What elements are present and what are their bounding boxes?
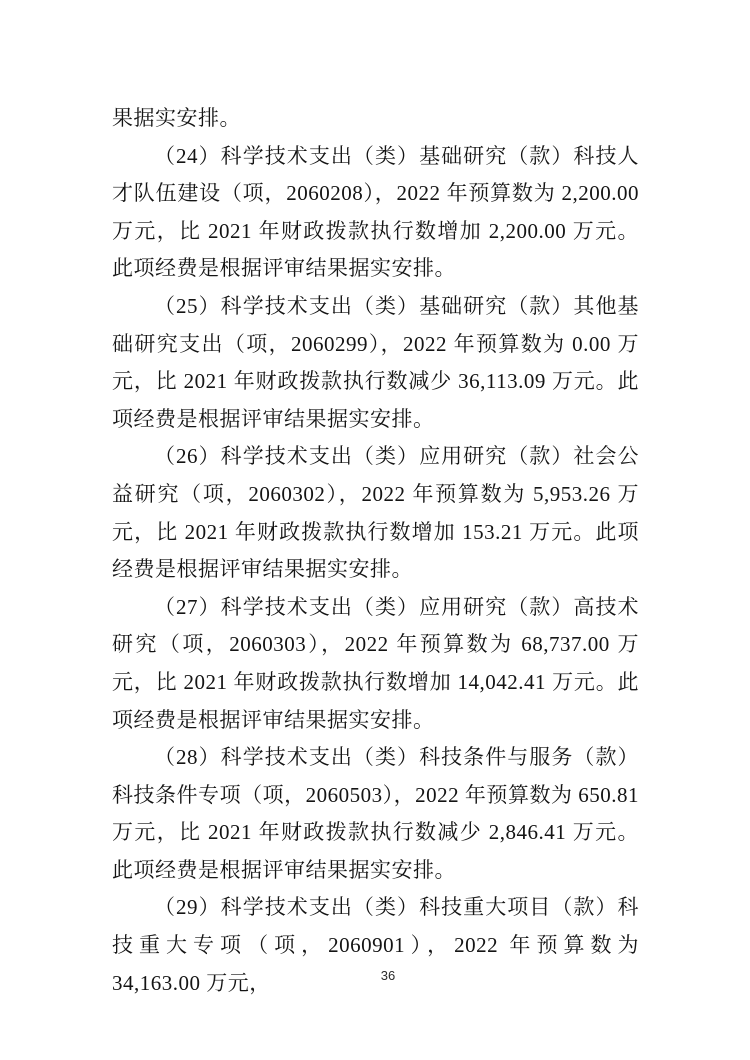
body-text: 果据实安排。（24）科学技术支出（类）基础研究（款）科技人才队伍建设（项，206… [112, 100, 639, 1002]
paragraph: （26）科学技术支出（类）应用研究（款）社会公益研究（项，2060302），20… [112, 438, 639, 588]
paragraph: （29）科学技术支出（类）科技重大项目（款）科技重大专项（项，2060901），… [112, 889, 639, 1002]
page-number: 36 [13, 968, 750, 984]
paragraph: （27）科学技术支出（类）应用研究（款）高技术研究（项，2060303），202… [112, 589, 639, 739]
paragraph: （25）科学技术支出（类）基础研究（款）其他基础研究支出（项，2060299），… [112, 288, 639, 438]
paragraph: （24）科学技术支出（类）基础研究（款）科技人才队伍建设（项，2060208），… [112, 138, 639, 288]
document-page: 果据实安排。（24）科学技术支出（类）基础研究（款）科技人才队伍建设（项，206… [0, 0, 750, 1060]
paragraph: 果据实安排。 [112, 100, 639, 138]
paragraph: （28）科学技术支出（类）科技条件与服务（款）科技条件专项（项，2060503）… [112, 739, 639, 889]
